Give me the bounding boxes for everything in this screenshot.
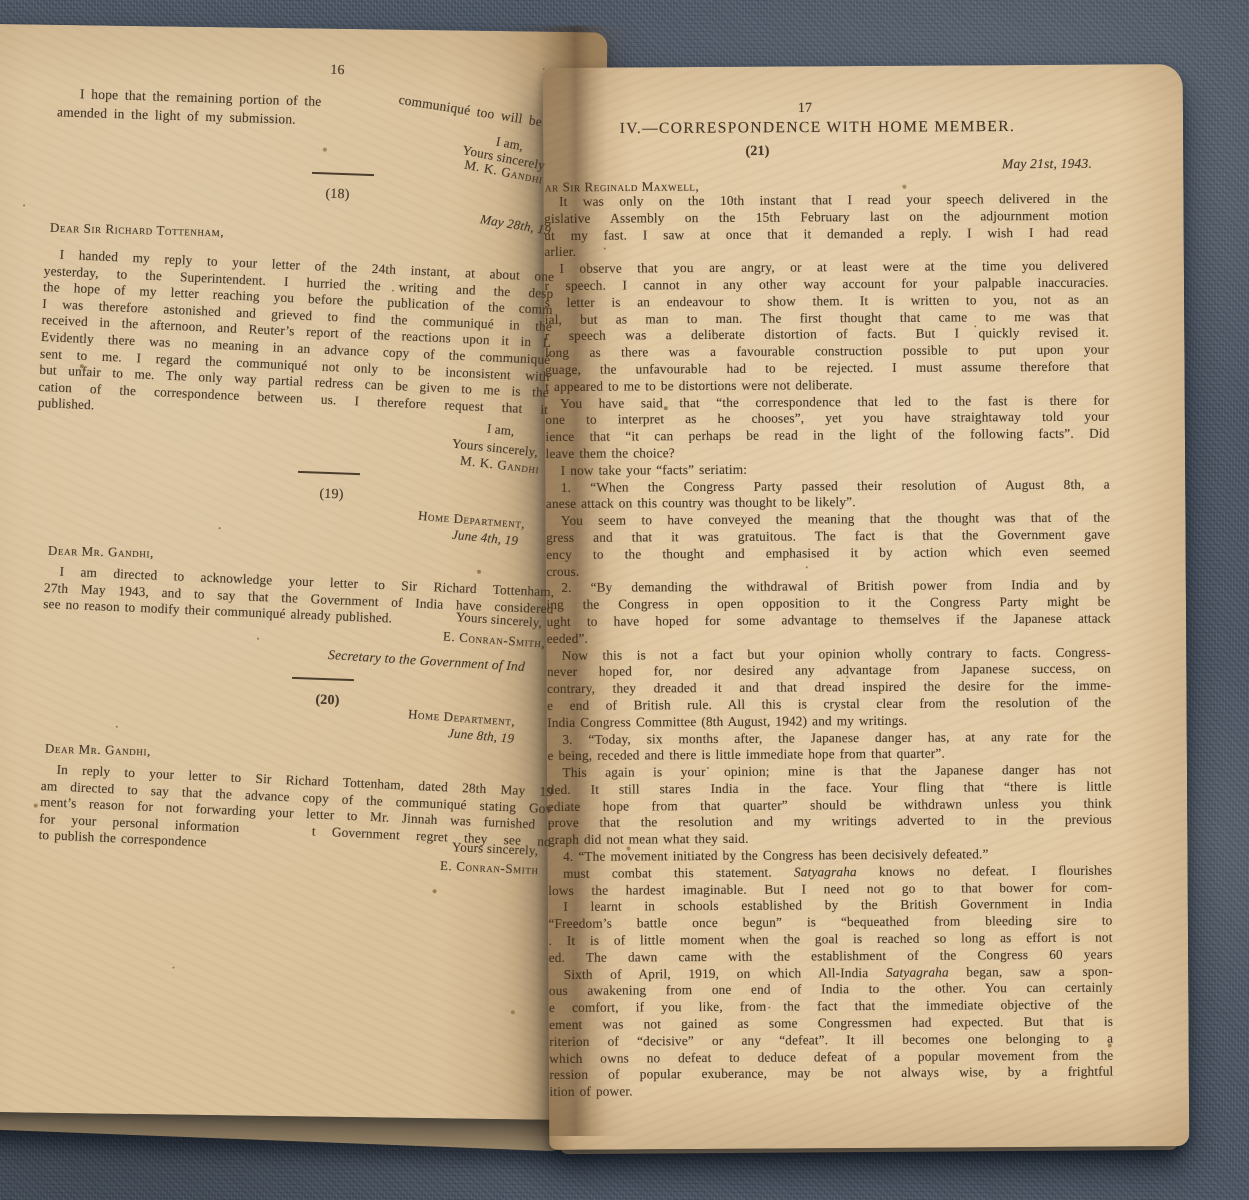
text-line: guage, the unfavourable had to be reject… bbox=[545, 359, 1109, 379]
dept-19: Home Department, bbox=[418, 508, 526, 531]
section-label-21: (21) bbox=[505, 143, 1010, 161]
text-line: ency to the thought and emphasised it by… bbox=[546, 543, 1110, 563]
text-line: ition of power. bbox=[549, 1081, 1113, 1101]
section-label-18: (18) bbox=[300, 186, 375, 204]
signature-20-name: E. Conran-Smith bbox=[440, 858, 539, 877]
left-page-number: 16 bbox=[300, 62, 375, 79]
intro-gutter-fragment: communiqué too will be bbox=[398, 92, 544, 130]
date-20: June 8th, 19 bbox=[447, 725, 514, 746]
chapter-title: IV.—CORRESPONDENCE WITH HOME MEMBER. bbox=[545, 119, 1090, 137]
right-page-number: 17 bbox=[545, 100, 1065, 118]
signature-19-title: Secretary to the Government of Ind bbox=[328, 647, 526, 674]
salutation-21: ar Sir Reginald Maxwell, bbox=[545, 179, 699, 195]
section-rule-20 bbox=[292, 677, 354, 681]
photo-open-book: 16 I hope that the remaining portion of … bbox=[0, 0, 1249, 1200]
text-line: ught to have hoped for some advantage to… bbox=[547, 610, 1111, 630]
text-line: e end of British rule. All this is cryst… bbox=[547, 694, 1111, 714]
date-18: May 28th, 19 bbox=[479, 211, 552, 238]
section-label-20: (20) bbox=[290, 692, 365, 710]
salutation-20: Dear Mr. Gandhi, bbox=[45, 741, 151, 759]
section-label-19: (19) bbox=[294, 486, 369, 504]
text-line: ience that “it can perhaps be read in th… bbox=[545, 426, 1109, 446]
intro-line-2: amended in the light of my submission. bbox=[57, 104, 296, 126]
section-rule-18 bbox=[312, 172, 374, 176]
date-19: June 4th, 19 bbox=[451, 527, 518, 548]
section-rule-19 bbox=[298, 471, 360, 475]
date-21: May 21st, 1943. bbox=[1002, 156, 1092, 171]
salutation-19: Dear Mr. Gandhi, bbox=[48, 543, 154, 561]
letter-21-body: It was only on the 10th instant that I r… bbox=[544, 191, 1114, 1101]
letter-18-body: I handed my reply to your letter of the … bbox=[37, 246, 554, 435]
salutation-18: Dear Sir Richard Tottenham, bbox=[50, 220, 225, 240]
signature-mid-iam: I am, bbox=[486, 421, 515, 439]
